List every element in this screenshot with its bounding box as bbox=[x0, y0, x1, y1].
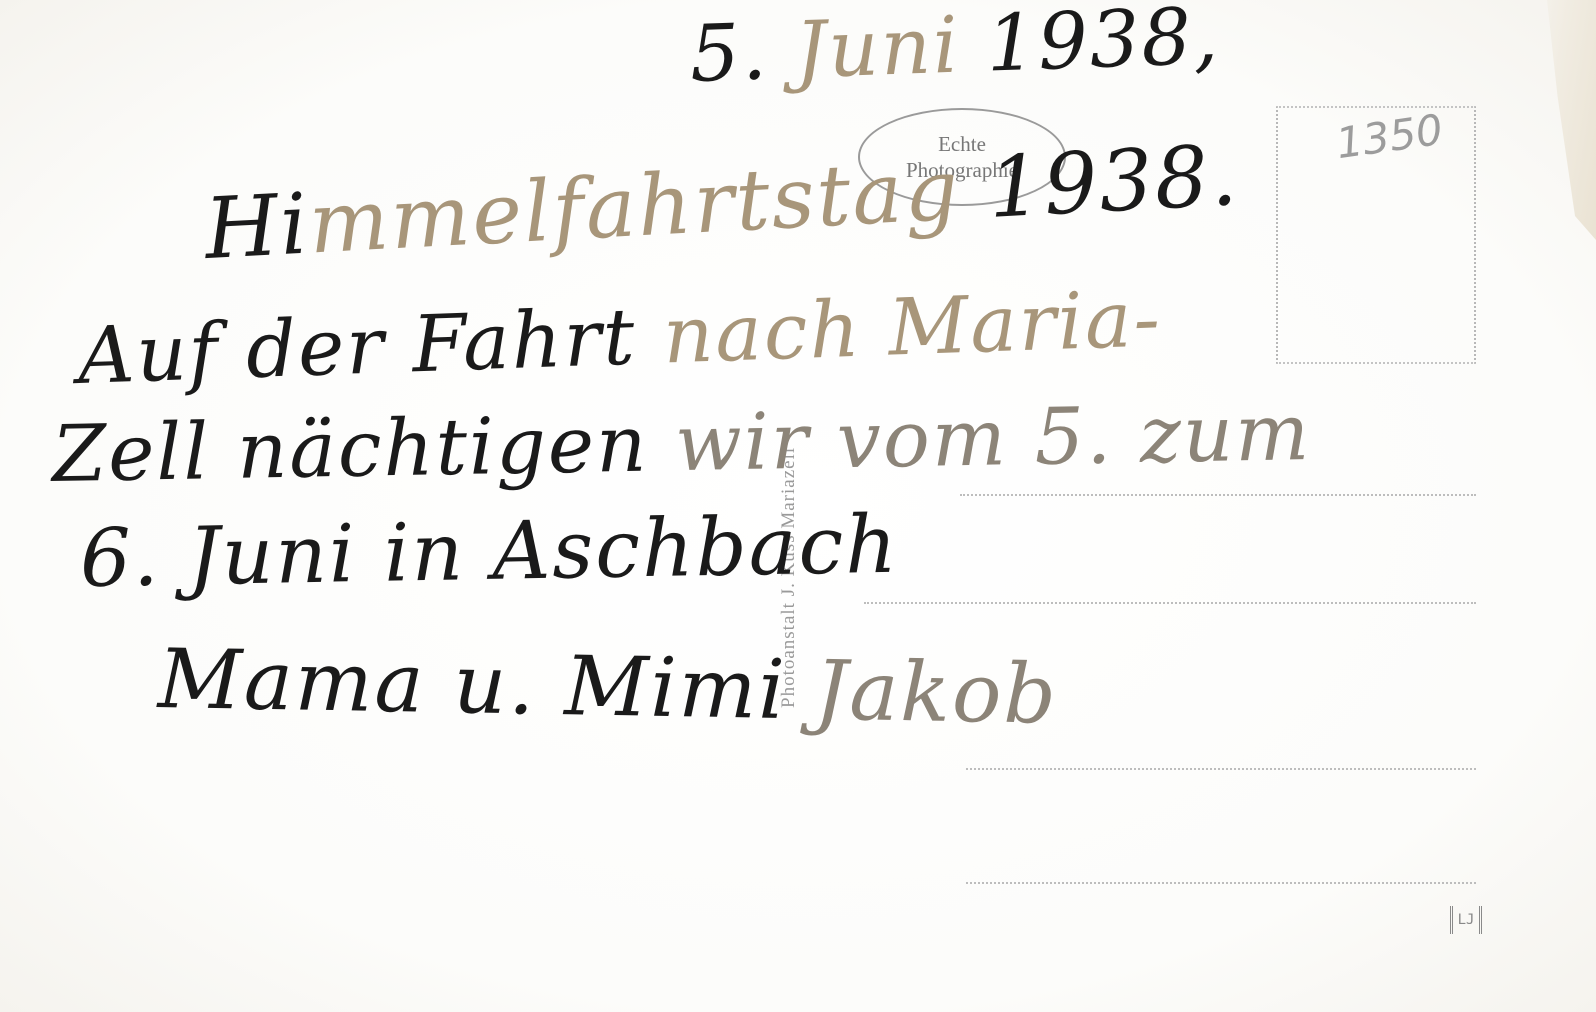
message-line-2: Auf der Fahrt nach Maria- bbox=[76, 274, 1163, 402]
message-line-5-signature: Mama u. Mimi Jakob bbox=[157, 632, 1059, 743]
message-line-4-rest: in Aschbach bbox=[356, 498, 900, 600]
date-trailing: , bbox=[1191, 0, 1221, 82]
message-line-1: Himmelfahrtstag 1938. bbox=[202, 126, 1241, 278]
message-line-1-year: 1938. bbox=[957, 126, 1241, 238]
message-line-1-faded: mmelfahrtstag bbox=[306, 141, 962, 273]
message-line-3-faded: wir vom 5. zum bbox=[647, 388, 1311, 490]
postcard-back: 5. Juni 1938, Echte Photographie 1350 Ph… bbox=[0, 0, 1596, 1012]
worn-corner bbox=[1526, 0, 1596, 240]
signature-surname: Jakob bbox=[786, 643, 1059, 743]
message-line-3-start: Zell nächtigen bbox=[51, 400, 649, 500]
date-year: 1938 bbox=[985, 0, 1195, 90]
address-line-4 bbox=[966, 882, 1476, 884]
address-line-1 bbox=[960, 494, 1476, 496]
address-line-3 bbox=[966, 768, 1476, 770]
address-line-2 bbox=[864, 602, 1476, 604]
date-day: 5. bbox=[688, 7, 770, 100]
signature-names: Mama u. Mimi bbox=[157, 632, 787, 738]
message-line-1-start: Hi bbox=[202, 175, 311, 278]
message-line-2-start: Auf der Fahrt bbox=[76, 293, 637, 402]
message-line-4: 6. Juni in Aschbach bbox=[79, 498, 899, 605]
maker-mark: LJ bbox=[1450, 906, 1482, 934]
message-line-2-faded: nach Maria- bbox=[635, 274, 1164, 382]
message-line-4-start: 6. Juni bbox=[79, 507, 357, 605]
header-date: 5. Juni 1938, bbox=[688, 0, 1221, 100]
date-month: Juni bbox=[794, 1, 962, 97]
message-line-3: Zell nächtigen wir vom 5. zum bbox=[51, 388, 1312, 500]
